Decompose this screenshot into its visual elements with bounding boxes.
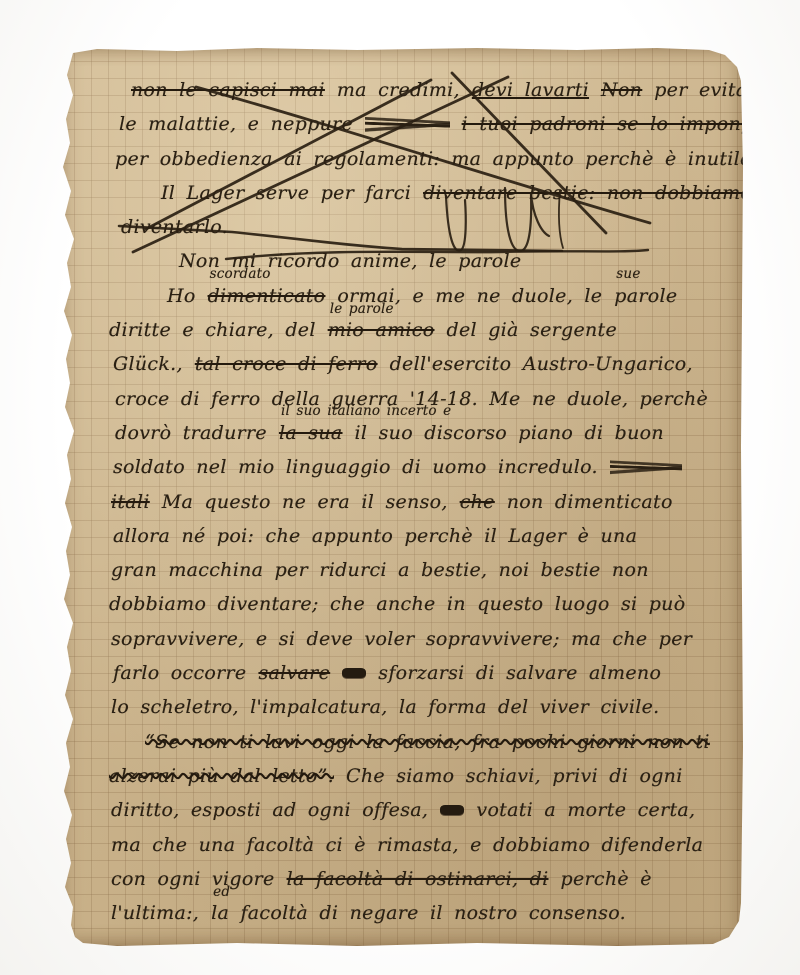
manuscript-line: italiMa questo ne era il senso,chenon di…: [111, 485, 719, 519]
manuscript-line: l'ultima:,edla facoltà di negare il nost…: [111, 896, 719, 930]
manuscript-segment: dimenticato: [208, 285, 326, 307]
interline-insertion: scordato: [210, 268, 271, 282]
manuscript-segment: dell'esercito Austro-Ungarico,: [390, 353, 693, 375]
manuscript-line: alzerai più dal letto”.Che siamo schiavi…: [109, 759, 719, 793]
manuscript-line: lo scheletro, l'impalcatura, la forma de…: [111, 690, 719, 724]
interline-insertion: le parole: [330, 303, 394, 317]
manuscript-segment: la facoltà di ostinarci, di: [287, 868, 549, 890]
manuscript-page: non le capisci maima credimi,devi lavart…: [57, 47, 743, 946]
manuscript-segment: che: [460, 491, 495, 513]
manuscript-segment: parole: [614, 285, 677, 307]
manuscript-line: dovrò tradurreil suo italiano incerto el…: [115, 416, 719, 450]
manuscript-segment: dobbiamo diventare; che anche in questo …: [109, 593, 685, 615]
ink-scribble: [365, 117, 450, 132]
manuscript-segment: alzerai più dal letto”.: [109, 765, 334, 787]
manuscript-segment: devi lavarti: [472, 79, 589, 101]
manuscript-segment: ma che una facoltà ci è rimasta, e dobbi…: [111, 834, 703, 856]
interline-insertion-anchor: il suo italiano incerto ela sua: [279, 416, 355, 450]
manuscript-segment: con ogni vigore: [111, 868, 275, 890]
interline-insertion: ed: [213, 886, 230, 900]
manuscript-segment: sopravvivere, e si deve voler sopravvive…: [111, 628, 692, 650]
interline-insertion-anchor: edla facoltà di negare il nostro consens…: [211, 896, 638, 930]
manuscript-line: ma che una facoltà ci è rimasta, e dobbi…: [111, 828, 719, 862]
interline-insertion-anchor: scordatodimenticato: [208, 279, 338, 313]
manuscript-segment: non le capisci mai: [131, 79, 325, 101]
manuscript-segment: diritto, esposti ad ogni offesa,: [111, 799, 428, 821]
manuscript-line: “Se non ti lavi oggi la faccia, fra poch…: [145, 725, 719, 759]
manuscript-segment: per evitare: [654, 79, 768, 101]
manuscript-line: Hoscordatodimenticatoormai, e me ne duol…: [167, 279, 719, 313]
manuscript-segment: itali: [111, 491, 150, 513]
interline-insertion: sue: [616, 268, 640, 282]
manuscript-segment: diritte e chiare, del: [109, 319, 316, 341]
manuscript-line: diventarlo.: [121, 210, 719, 244]
manuscript-line: gran macchina per ridurci a bestie, noi …: [111, 553, 719, 587]
manuscript-line: Il Lager serve per farcidiventare bestie…: [161, 176, 719, 210]
manuscript-segment: lo scheletro, l'impalcatura, la forma de…: [111, 696, 659, 718]
ink-blot: [440, 805, 464, 815]
interline-insertion-anchor: sueparole: [614, 279, 689, 313]
manuscript-line: soldato nel mio linguaggio di uomo incre…: [113, 450, 719, 484]
manuscript-segment: Ma questo ne era il senso,: [162, 491, 448, 513]
manuscript-segment: per obbedienza ai regolamenti: ma appunt…: [115, 148, 758, 170]
manuscript-line: sopravvivere, e si deve voler sopravvive…: [111, 622, 719, 656]
manuscript-text: non le capisci maima credimi,devi lavart…: [109, 73, 719, 930]
manuscript-segment: gran macchina per ridurci a bestie, noi …: [111, 559, 649, 581]
manuscript-segment: dovrò tradurre: [115, 422, 267, 444]
manuscript-segment: tal croce di ferro: [195, 353, 378, 375]
manuscript-line: dobbiamo diventare; che anche in questo …: [109, 587, 719, 621]
manuscript-segment: sforzarsi di salvare almeno: [378, 662, 661, 684]
manuscript-segment: i tuoi padroni se lo impongono: [462, 113, 790, 135]
manuscript-segment: ma credimi,: [337, 79, 460, 101]
manuscript-line: allora né poi: che appunto perchè il Lag…: [113, 519, 719, 553]
manuscript-segment: non dimenticato: [507, 491, 673, 513]
manuscript-line: per obbedienza ai regolamenti: ma appunt…: [115, 142, 719, 176]
interline-insertion: il suo italiano incerto e: [281, 405, 451, 419]
manuscript-segment: salvare: [258, 662, 330, 684]
ink-scribble: [610, 460, 683, 475]
manuscript-segment: Glück.,: [113, 353, 183, 375]
manuscript-line: Glück.,tal croce di ferrodell'esercito A…: [113, 347, 719, 381]
manuscript-segment: votati a morte certa,: [476, 799, 695, 821]
manuscript-segment: diventare bestie: non dobbiamo: [423, 182, 752, 204]
manuscript-segment: farlo occorre: [113, 662, 246, 684]
manuscript-segment: il suo discorso piano di buon: [355, 422, 664, 444]
manuscript-segment: la sua: [279, 422, 343, 444]
manuscript-segment: mio amico: [328, 319, 435, 341]
manuscript-segment: le malattie, e neppure: [119, 113, 353, 135]
manuscript-line: diritte e chiare, delle parolemio amicod…: [109, 313, 719, 347]
manuscript-segment: Che siamo schiavi, privi di ogni: [346, 765, 683, 787]
manuscript-segment: soldato nel mio linguaggio di uomo incre…: [113, 456, 598, 478]
manuscript-segment: perchè è: [561, 868, 652, 890]
ink-blot: [342, 668, 366, 678]
interline-insertion-anchor: le parolemio amico: [328, 313, 447, 347]
manuscript-line: diritto, esposti ad ogni offesa,votati a…: [111, 793, 719, 827]
manuscript-line: non le capisci maima credimi,devi lavart…: [131, 73, 719, 107]
manuscript-segment: Non: [601, 79, 642, 101]
manuscript-line: con ogni vigorela facoltà di ostinarci, …: [111, 862, 719, 896]
manuscript-segment: l'ultima:,: [111, 902, 199, 924]
manuscript-segment: allora né poi: che appunto perchè il Lag…: [113, 525, 637, 547]
manuscript-segment: Ho: [167, 285, 196, 307]
manuscript-segment: “Se non ti lavi oggi la faccia, fra poch…: [145, 731, 710, 753]
manuscript-segment: del già sergente: [447, 319, 618, 341]
manuscript-segment: la facoltà di negare il nostro consenso.: [211, 902, 626, 924]
manuscript-segment: diventarlo.: [121, 216, 228, 238]
manuscript-line: farlo occorresalvaresforzarsi di salvare…: [113, 656, 719, 690]
manuscript-line: le malattie, e neppurei tuoi padroni se …: [119, 107, 719, 141]
manuscript-segment: Il Lager serve per farci: [161, 182, 411, 204]
